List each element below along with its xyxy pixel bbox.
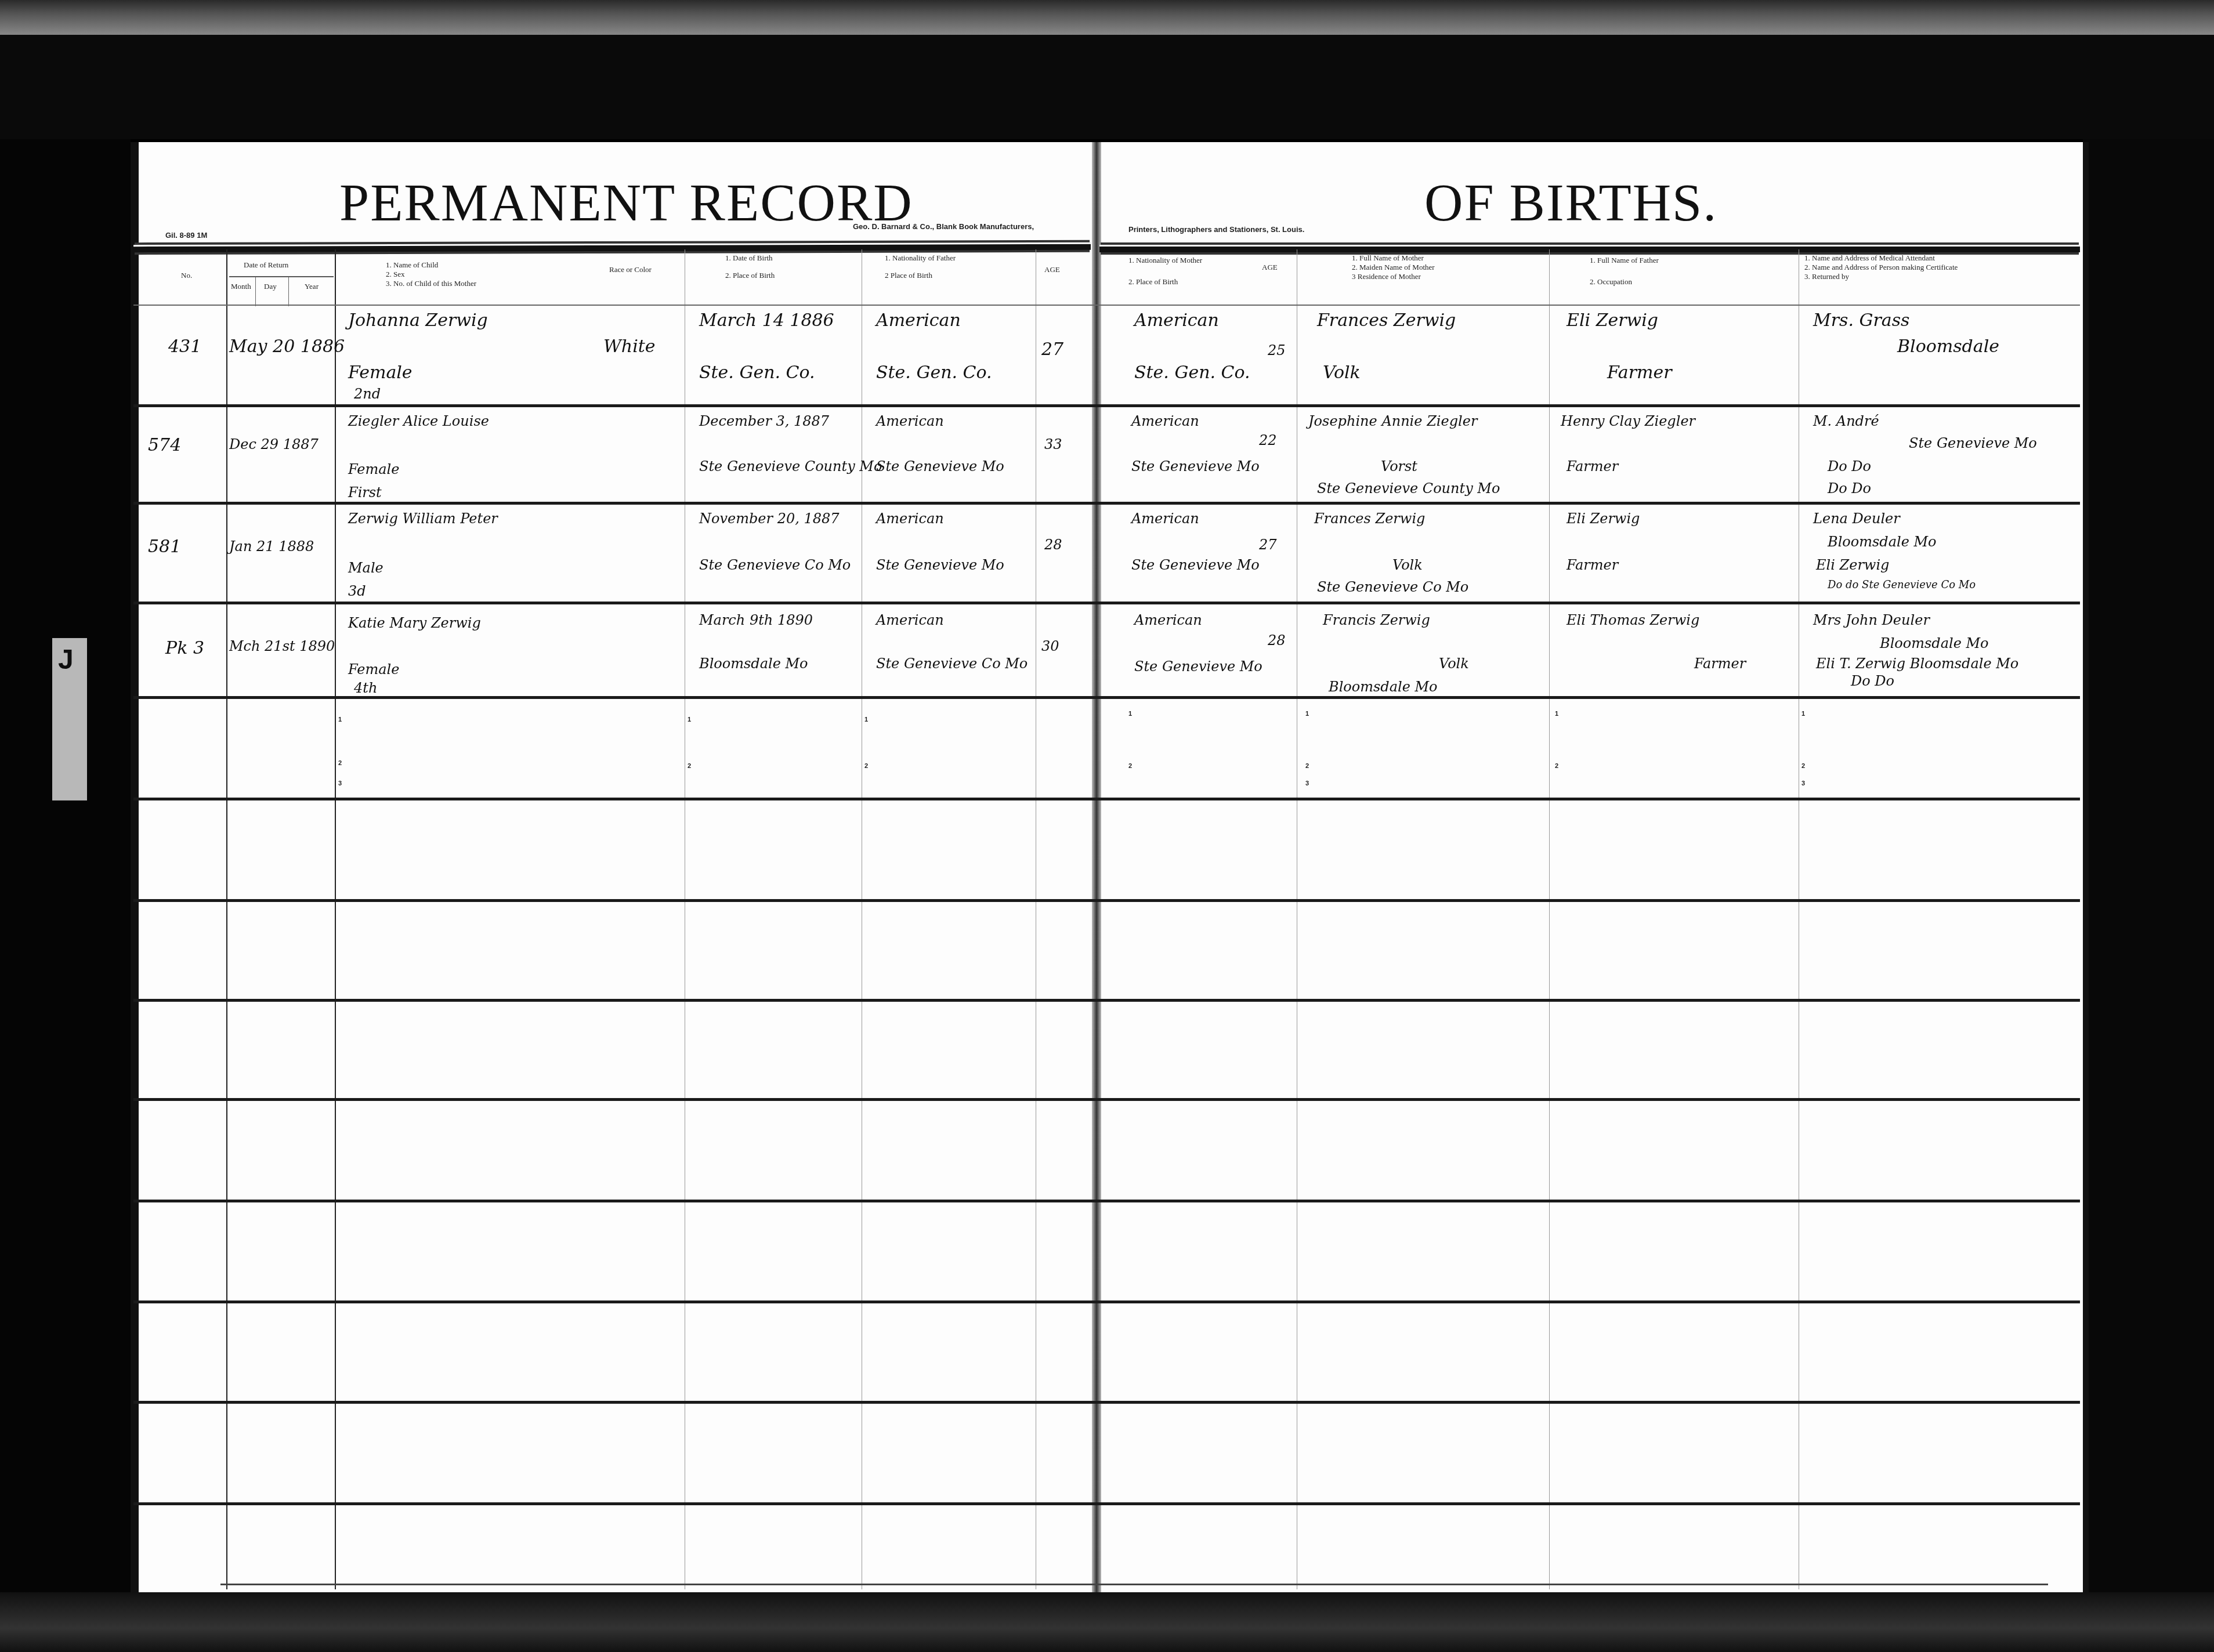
header-mother-3: 3 Residence of Mother [1352, 271, 1421, 281]
header-date-return: Date of Return [244, 260, 288, 270]
record-returned-by: Do do Ste Genevieve Co Mo [1828, 579, 1976, 591]
record-birth-date: November 20, 1887 [699, 510, 840, 527]
line-marker: 1 [1305, 711, 1309, 718]
col-divider [335, 249, 336, 1589]
record-mother-birthplace: Ste. Gen. Co. [1134, 363, 1250, 383]
line-marker: 2 [688, 763, 691, 770]
record-attendant: Mrs John Deuler [1813, 612, 1930, 628]
record-mother-age: 28 [1268, 632, 1286, 649]
col-divider [1549, 249, 1550, 1589]
record-father-occupation: Farmer [1567, 458, 1618, 474]
record-child-name: Ziegler Alice Louise [348, 413, 489, 429]
row-separator [133, 1200, 2080, 1202]
header-year: Year [305, 281, 319, 291]
record-mother-nationality: American [1131, 510, 1199, 527]
scanner-top-edge [0, 0, 2214, 35]
row-separator [133, 899, 2080, 902]
row-separator [133, 1300, 2080, 1303]
record-no: Pk 3 [165, 638, 204, 658]
record-certificate-maker: Eli Zerwig [1816, 557, 1889, 573]
record-returned-by: Do Do [1828, 480, 1871, 497]
row-separator [133, 1502, 2080, 1505]
right-page [1097, 142, 2089, 1592]
record-certificate-maker: Do Do [1828, 458, 1871, 474]
line-marker: 2 [864, 763, 868, 770]
header-birth-2: 2. Place of Birth [725, 270, 775, 280]
record-attendant-address: Bloomsdale [1897, 336, 1999, 357]
record-father-name: Eli Zerwig [1567, 310, 1658, 331]
col-divider [1799, 249, 1799, 1589]
header-rule-right [1099, 245, 2080, 252]
record-return-date: Dec 29 1887 [229, 436, 319, 452]
line-marker: 1 [1555, 711, 1558, 718]
date-subheader-rule [229, 276, 334, 277]
record-mother-name: Frances Zerwig [1317, 310, 1456, 331]
record-return-date: Mch 21st 1890 [229, 638, 335, 654]
header-child-2: 2. Sex [386, 269, 405, 279]
record-father-occupation: Farmer [1607, 363, 1672, 383]
index-tab-letter: J [58, 644, 74, 676]
record-mother-residence: Ste Genevieve Co Mo [1317, 579, 1468, 595]
record-mother-age: 22 [1259, 432, 1277, 448]
record-race: White [603, 336, 656, 357]
record-father-birthplace: Ste Genevieve Mo [876, 557, 1004, 573]
record-returned-by: Do Do [1851, 673, 1894, 689]
line-marker: 1 [1801, 711, 1805, 718]
record-mother-age: 27 [1259, 537, 1277, 553]
record-no: 574 [148, 435, 181, 455]
record-attendant: M. André [1813, 413, 1879, 429]
record-attendant-address: Bloomsdale Mo [1828, 534, 1937, 550]
record-father-nationality: American [876, 413, 944, 429]
record-mother-residence: Bloomsdale Mo [1329, 679, 1438, 695]
line-marker: 2 [1801, 763, 1805, 770]
row-separator [133, 602, 2080, 604]
line-marker: 2 [1128, 763, 1132, 770]
header-month: Month [231, 281, 251, 291]
header-day: Day [264, 281, 277, 291]
scan-background [0, 35, 2214, 139]
header-attendant-3: 3. Returned by [1804, 271, 1849, 281]
record-attendant: Mrs. Grass [1813, 310, 1910, 331]
row-separator [133, 502, 2080, 505]
record-child-no: First [348, 484, 382, 501]
row-separator [220, 1584, 2048, 1585]
header-father-1: 1. Full Name of Father [1590, 255, 1659, 265]
book-left-edge: J [0, 139, 131, 1595]
header-bottom-rule [133, 305, 2080, 306]
record-father-nationality: American [876, 612, 944, 628]
header-mother-nat-1: 1. Nationality of Mother [1128, 255, 1202, 265]
record-father-age: 33 [1044, 436, 1062, 452]
record-mother-maiden: Volk [1439, 655, 1469, 672]
record-birth-place: Ste. Gen. Co. [699, 363, 815, 383]
record-birth-date: March 9th 1890 [699, 612, 813, 628]
line-marker: 2 [1555, 763, 1558, 770]
record-mother-name: Josephine Annie Ziegler [1308, 413, 1477, 429]
col-divider [1297, 249, 1297, 1589]
record-father-age: 28 [1044, 537, 1062, 553]
record-birth-place: Bloomsdale Mo [699, 655, 808, 672]
record-mother-nationality: American [1134, 612, 1202, 628]
record-birth-date: December 3, 1887 [699, 413, 829, 429]
line-marker: 1 [864, 716, 868, 723]
record-father-age: 30 [1041, 638, 1059, 654]
row-separator [133, 798, 2080, 800]
record-mother-birthplace: Ste Genevieve Mo [1131, 458, 1260, 474]
header-father-nat-2: 2 Place of Birth [885, 270, 932, 280]
line-marker: 1 [1128, 711, 1132, 718]
col-divider [226, 249, 227, 1589]
record-birth-date: March 14 1886 [699, 310, 834, 331]
record-birth-place: Ste Genevieve Co Mo [699, 557, 851, 573]
record-father-birthplace: Ste. Gen. Co. [876, 363, 992, 383]
record-father-nationality: American [876, 310, 961, 331]
record-attendant: Lena Deuler [1813, 510, 1900, 527]
header-father-nat-1: 1. Nationality of Father [885, 253, 956, 263]
col-divider [288, 277, 289, 306]
record-mother-maiden: Vorst [1381, 458, 1417, 474]
record-mother-maiden: Volk [1392, 557, 1423, 573]
line-marker: 1 [688, 716, 691, 723]
record-return-date: Jan 21 1888 [229, 538, 314, 555]
record-father-occupation: Farmer [1567, 557, 1618, 573]
header-child-3: 3. No. of Child of this Mother [386, 278, 476, 288]
record-mother-name: Francis Zerwig [1323, 612, 1430, 628]
header-mother-1: 1. Full Name of Mother [1352, 253, 1424, 263]
record-child-no: 4th [354, 680, 377, 696]
record-child-name: Katie Mary Zerwig [348, 615, 481, 631]
record-mother-name: Frances Zerwig [1314, 510, 1425, 527]
header-birth-1: 1. Date of Birth [725, 253, 773, 263]
row-separator [133, 696, 2080, 699]
header-father-2: 2. Occupation [1590, 277, 1632, 287]
line-marker: 3 [338, 780, 342, 787]
record-sex: Female [348, 661, 400, 678]
header-attendant-2: 2. Name and Address of Person making Cer… [1804, 262, 1958, 272]
scan-bottom-edge [0, 1592, 2214, 1652]
publisher-left: Geo. D. Barnard & Co., Blank Book Manufa… [853, 222, 1034, 231]
record-child-name: Johanna Zerwig [348, 310, 488, 331]
header-mother-nat-2: 2. Place of Birth [1128, 277, 1178, 287]
line-marker: 1 [338, 716, 342, 723]
record-mother-residence: Ste Genevieve County Mo [1317, 480, 1500, 497]
row-separator [133, 999, 2080, 1002]
line-marker: 2 [1305, 763, 1309, 770]
record-mother-nationality: American [1134, 310, 1219, 331]
left-page [131, 142, 1105, 1592]
col-divider [862, 249, 862, 1589]
header-race: Race or Color [609, 265, 652, 274]
record-sex: Female [348, 363, 413, 383]
record-mother-age: 25 [1268, 342, 1286, 358]
record-father-name: Eli Zerwig [1567, 510, 1640, 527]
col-divider [685, 249, 685, 1589]
record-no: 431 [168, 336, 201, 357]
row-separator [133, 1098, 2080, 1101]
header-age-mother: AGE [1262, 262, 1278, 272]
record-mother-birthplace: Ste Genevieve Mo [1131, 557, 1260, 573]
page-title-left: PERMANENT RECORD [339, 172, 913, 233]
line-marker: 3 [1305, 780, 1309, 787]
record-father-occupation: Farmer [1694, 655, 1746, 672]
index-tab: J [52, 638, 87, 800]
header-attendant-1: 1. Name and Address of Medical Attendant [1804, 253, 1935, 263]
record-father-nationality: American [876, 510, 944, 527]
record-birth-place: Ste Genevieve County Mo [699, 458, 882, 474]
header-child-1: 1. Name of Child [386, 260, 438, 270]
line-marker: 3 [1801, 780, 1805, 787]
publisher-right: Printers, Lithographers and Stationers, … [1128, 225, 1304, 234]
record-father-birthplace: Ste Genevieve Co Mo [876, 655, 1028, 672]
record-mother-birthplace: Ste Genevieve Mo [1134, 658, 1262, 675]
record-father-name: Henry Clay Ziegler [1561, 413, 1695, 429]
record-mother-nationality: American [1131, 413, 1199, 429]
record-father-name: Eli Thomas Zerwig [1567, 612, 1699, 628]
page-title-right: OF BIRTHS. [1424, 172, 1717, 233]
record-attendant-address: Bloomsdale Mo [1880, 635, 1989, 651]
record-sex: Male [348, 560, 384, 576]
record-father-birthplace: Ste Genevieve Mo [876, 458, 1004, 474]
book-right-edge [2083, 139, 2214, 1595]
record-no: 581 [148, 537, 181, 557]
row-separator [133, 404, 2080, 407]
row-separator [133, 1401, 2080, 1404]
record-child-name: Zerwig William Peter [348, 510, 498, 527]
col-divider [1036, 249, 1036, 1589]
record-sex: Female [348, 461, 400, 477]
record-attendant-address: Ste Genevieve Mo [1909, 435, 2037, 451]
form-number: Gil. 8-89 1M [165, 231, 207, 240]
book-spine [1092, 142, 1101, 1592]
record-return-date: May 20 1886 [229, 336, 345, 357]
col-divider [255, 277, 256, 306]
record-certificate-maker: Eli T. Zerwig Bloomsdale Mo [1816, 655, 2018, 672]
header-no: No. [181, 270, 192, 280]
header-age-father: AGE [1044, 265, 1060, 274]
record-child-no: 2nd [354, 386, 381, 402]
record-child-no: 3d [348, 583, 366, 599]
line-marker: 2 [338, 760, 342, 767]
header-mother-2: 2. Maiden Name of Mother [1352, 262, 1435, 272]
record-father-age: 27 [1041, 339, 1063, 360]
record-mother-maiden: Volk [1323, 363, 1361, 383]
